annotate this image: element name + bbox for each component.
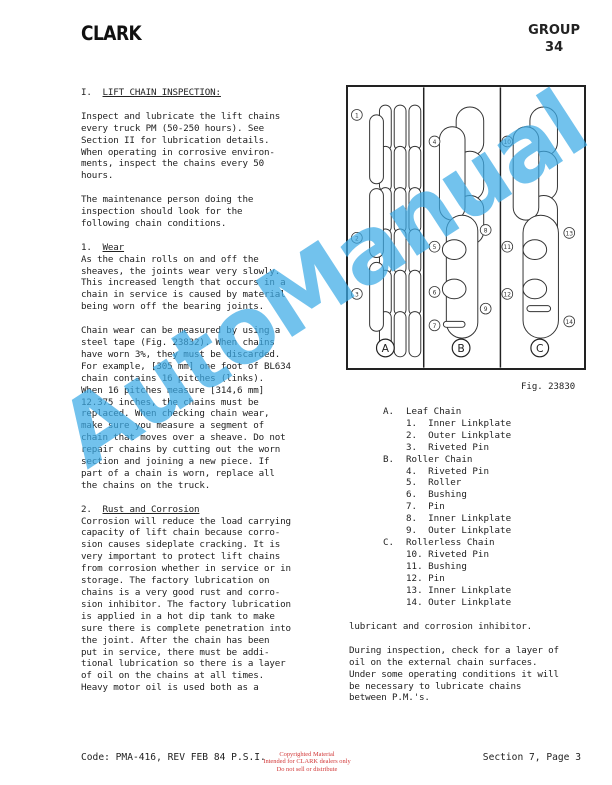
footer-page-number: Section 7, Page 3	[483, 752, 581, 763]
inspection-paragraph: During inspection, check for a layer of …	[349, 645, 599, 705]
legend-item: 2. Outer Linkplate	[383, 430, 511, 442]
heading-title: LIFT CHAIN INSPECTION:	[103, 87, 221, 98]
chain-diagram: 1234567891011121314ABC	[346, 85, 586, 370]
rust-paragraph: Corrosion will reduce the load carrying …	[81, 516, 346, 695]
svg-text:3: 3	[355, 292, 359, 298]
svg-text:6: 6	[433, 290, 437, 296]
legend-item: 14. Outer Linkplate	[383, 597, 511, 609]
legend-item: 9. Outer Linkplate	[383, 525, 511, 537]
svg-text:12: 12	[504, 292, 512, 298]
rust-title: Rust and Corrosion	[103, 504, 200, 515]
svg-text:4: 4	[433, 140, 437, 146]
svg-text:14: 14	[566, 320, 574, 326]
group-title: GROUP	[528, 22, 580, 39]
wear-paragraph: As the chain rolls on and off the sheave…	[81, 254, 346, 314]
legend-item: 8. Inner Linkplate	[383, 513, 511, 525]
svg-text:11: 11	[504, 245, 512, 251]
svg-text:8: 8	[484, 228, 488, 234]
svg-text:13: 13	[566, 231, 574, 237]
svg-text:9: 9	[484, 307, 488, 313]
wear-title: Wear	[103, 242, 125, 253]
legend-item: 10. Riveted Pin	[383, 549, 511, 561]
footer-code: Code: PMA-416, REV FEB 84 P.S.I.	[81, 752, 266, 763]
intro-paragraph: The maintenance person doing the inspect…	[81, 194, 346, 230]
group-number: 34	[528, 39, 580, 56]
svg-text:B: B	[457, 342, 464, 355]
intro-paragraph: Inspect and lubricate the lift chains ev…	[81, 111, 346, 182]
svg-text:5: 5	[433, 245, 437, 251]
legend-item: 7. Pin	[383, 501, 511, 513]
wear-paragraph: Chain wear can be measured by using a st…	[81, 325, 346, 492]
figure-caption: Fig. 23830	[521, 382, 575, 392]
legend-item: 1. Inner Linkplate	[383, 418, 511, 430]
legend-category: B.Roller Chain	[383, 454, 511, 466]
svg-text:7: 7	[433, 324, 437, 330]
chain-illustration: 1234567891011121314ABC	[348, 87, 584, 368]
heading-number: I.	[81, 87, 92, 98]
rust-number: 2.	[81, 504, 92, 515]
section-heading: I. LIFT CHAIN INSPECTION:	[81, 87, 346, 99]
figure-legend: A.Leaf Chain1. Inner Linkplate2. Outer L…	[383, 406, 511, 608]
legend-category: C.Rollerless Chain	[383, 537, 511, 549]
legend-item: 3. Riveted Pin	[383, 442, 511, 454]
svg-text:A: A	[382, 342, 390, 355]
legend-item: 11. Bushing	[383, 561, 511, 573]
svg-text:10: 10	[504, 140, 512, 146]
svg-text:1: 1	[355, 113, 359, 119]
wear-subheading: 1. Wear	[81, 242, 346, 254]
right-column: lubricant and corrosion inhibitor. Durin…	[349, 621, 599, 716]
legend-item: 6. Bushing	[383, 489, 511, 501]
legend-item: 5. Roller	[383, 477, 511, 489]
rust-continuation: lubricant and corrosion inhibitor.	[349, 621, 599, 633]
group-label: GROUP 34	[528, 22, 580, 56]
copyright-notice: Copyrighted MaterialIntended for CLARK d…	[257, 751, 357, 773]
legend-item: 12. Pin	[383, 573, 511, 585]
legend-item: 13. Inner Linkplate	[383, 585, 511, 597]
wear-number: 1.	[81, 242, 92, 253]
clark-logo: CLARK	[81, 23, 141, 46]
svg-text:C: C	[536, 342, 544, 355]
rust-subheading: 2. Rust and Corrosion	[81, 504, 346, 516]
svg-text:2: 2	[355, 236, 359, 242]
left-column: I. LIFT CHAIN INSPECTION: Inspect and lu…	[81, 87, 346, 706]
legend-category: A.Leaf Chain	[383, 406, 511, 418]
legend-item: 4. Riveted Pin	[383, 466, 511, 478]
